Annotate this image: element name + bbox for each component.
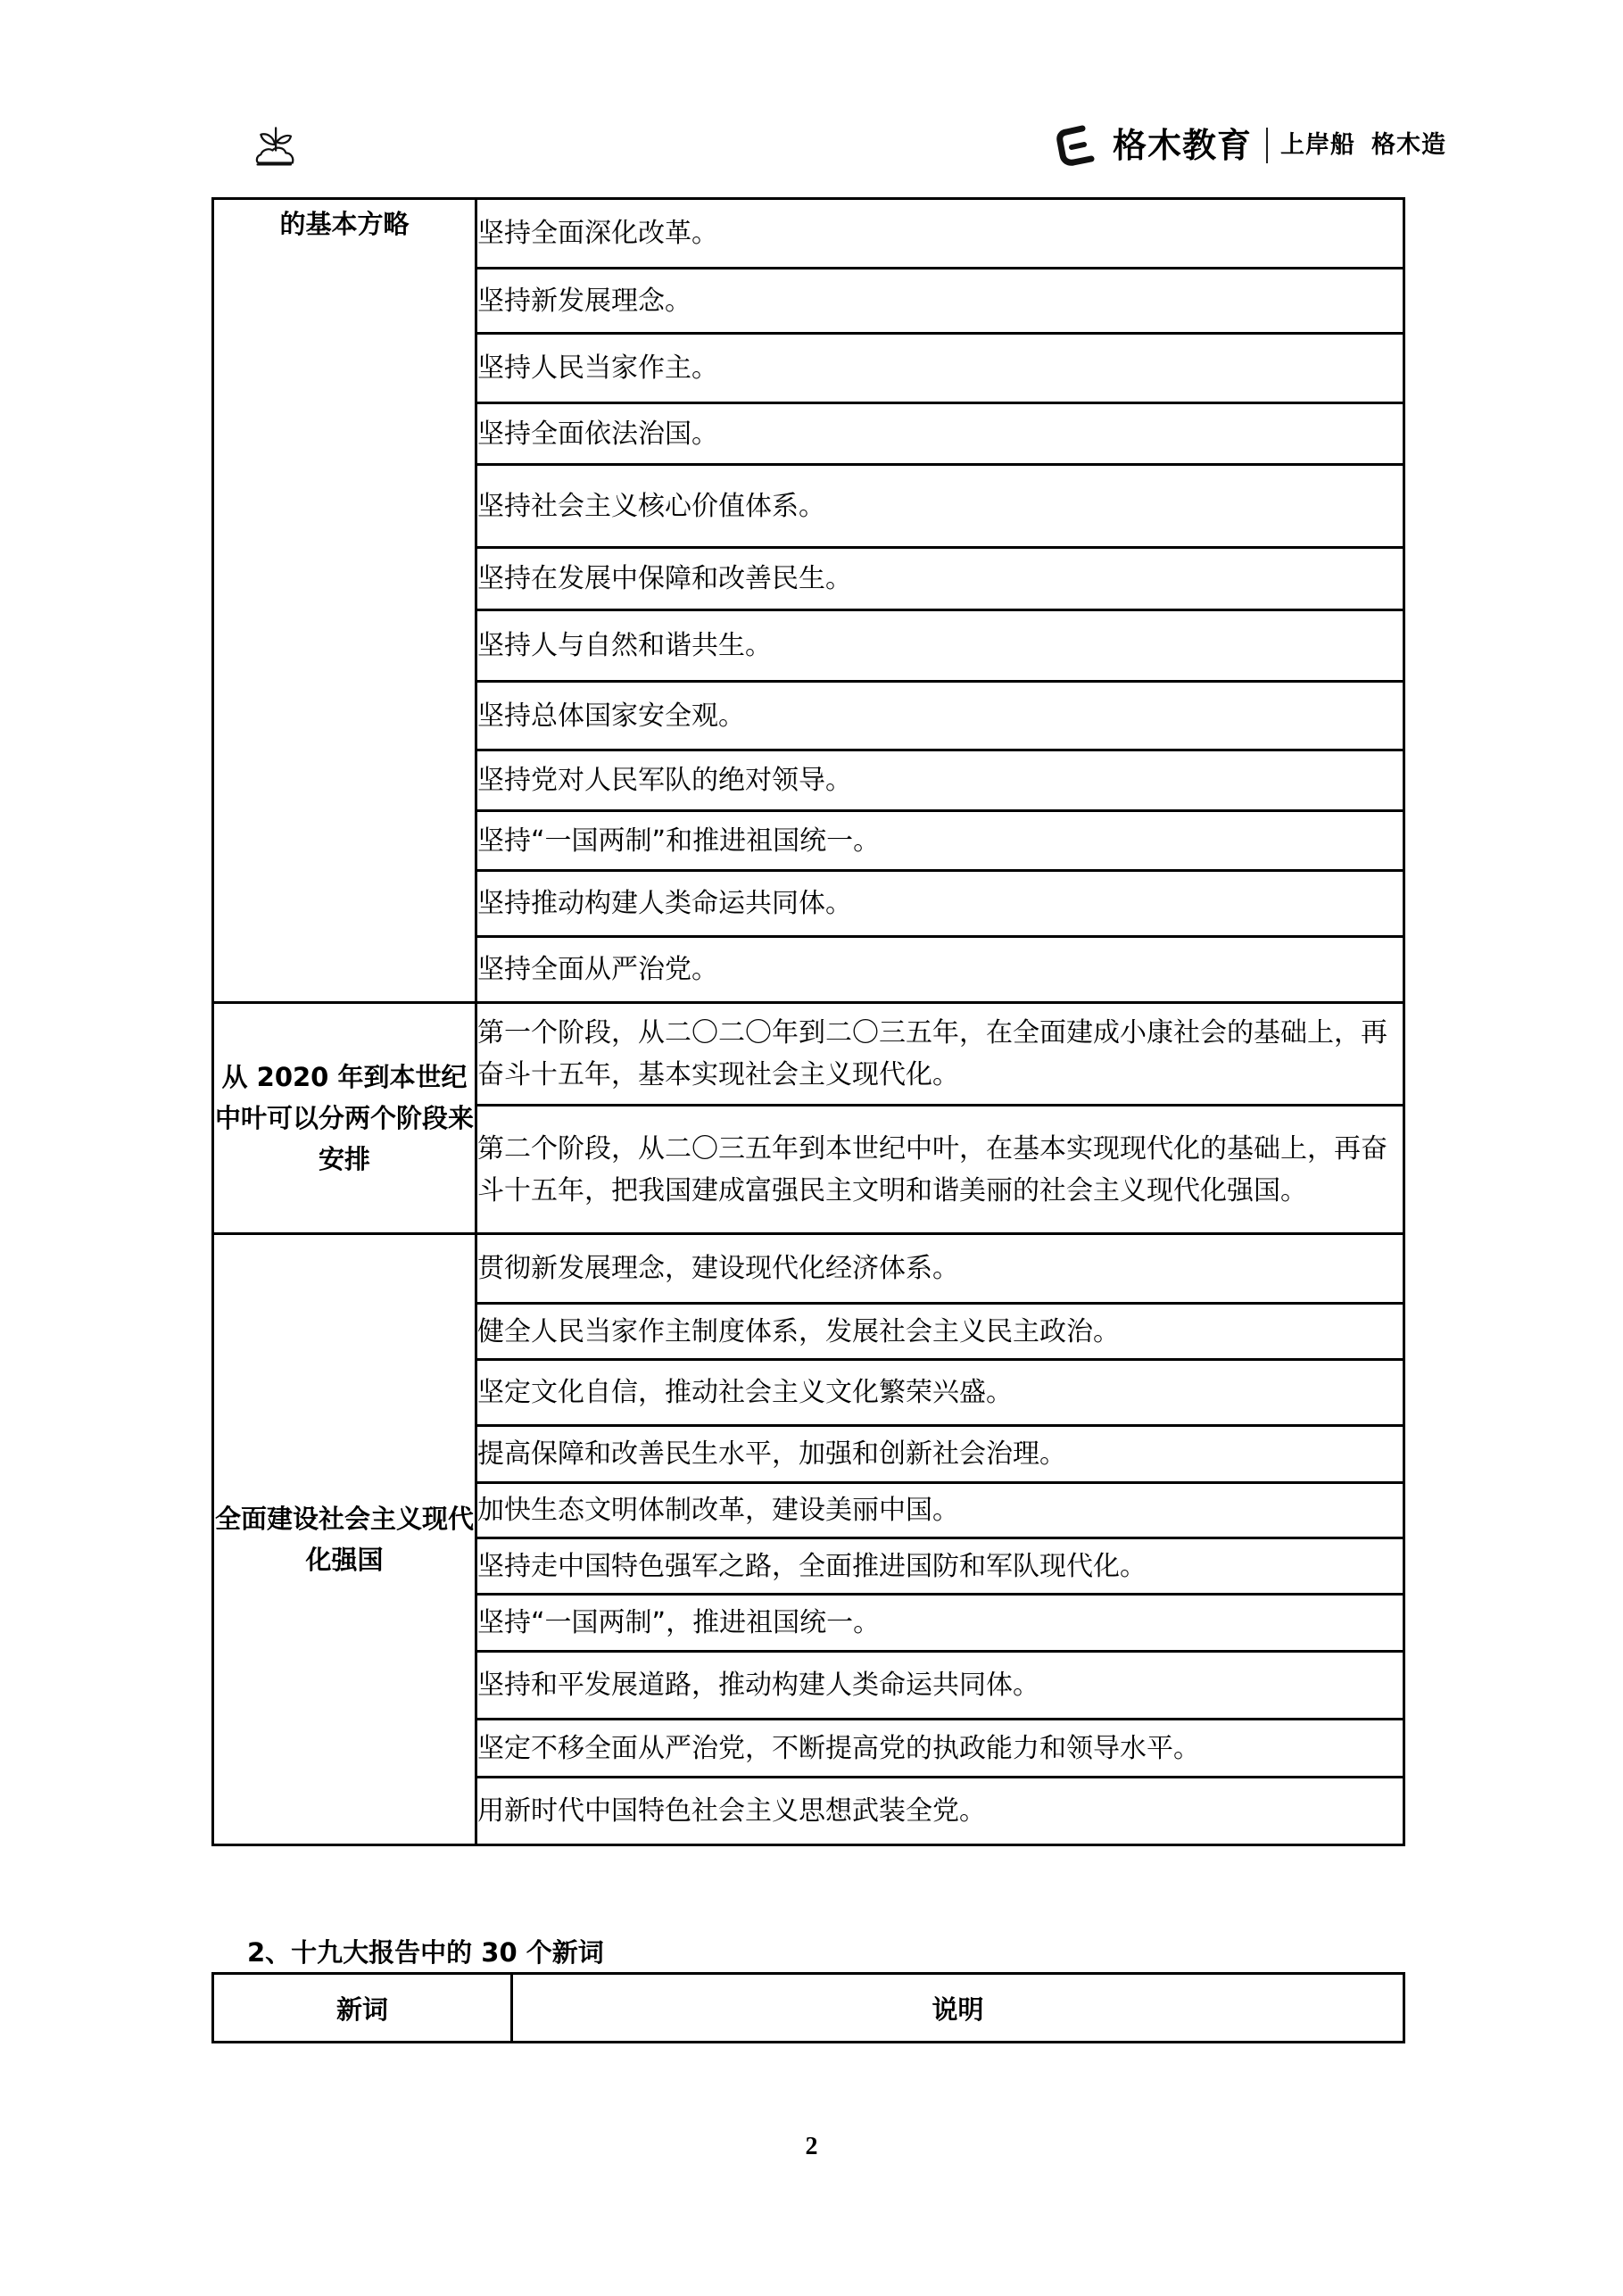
brand-slogan: 上岸船格木造 — [1280, 125, 1446, 166]
table-cell: 坚持“一国两制”，推进祖国统一。 — [476, 1595, 1404, 1652]
table-cell: 用新时代中国特色社会主义思想武装全党。 — [476, 1778, 1404, 1845]
table-cell: 坚持全面依法治国。 — [476, 403, 1404, 465]
table-cell: 第二个阶段，从二〇三五年到本世纪中叶，在基本实现现代化的基础上，再奋斗十五年，把… — [476, 1106, 1404, 1234]
group-label-two-stages: 从 2020 年到本世纪中叶可以分两个阶段来安排 — [213, 1003, 476, 1234]
brand-logo: 格木教育 上岸船格木造 — [1056, 123, 1446, 168]
table-cell: 坚持走中国特色强军之路，全面推进国防和军队现代化。 — [476, 1538, 1404, 1595]
table-cell: 坚持全面从严治党。 — [476, 937, 1404, 1003]
column-header-new-word: 新词 — [213, 1974, 512, 2043]
table-cell: 坚持社会主义核心价值体系。 — [476, 465, 1404, 548]
table-cell: 第一个阶段，从二〇二〇年到二〇三五年，在全面建成小康社会的基础上，再奋斗十五年，… — [476, 1003, 1404, 1106]
table-cell: 坚持全面深化改革。 — [476, 199, 1404, 269]
table-cell: 提高保障和改善民生水平，加强和创新社会治理。 — [476, 1426, 1404, 1483]
table-cell: 坚定文化自信，推动社会主义文化繁荣兴盛。 — [476, 1360, 1404, 1426]
slogan-part-1: 上岸船 — [1280, 131, 1355, 159]
table-cell: 健全人民当家作主制度体系，发展社会主义民主政治。 — [476, 1304, 1404, 1360]
table-cell: 坚持人与自然和谐共生。 — [476, 610, 1404, 682]
new-words-table: 新词 说明 — [211, 1972, 1405, 2043]
slogan-part-2: 格木造 — [1371, 131, 1446, 159]
brand-name: 格木教育 — [1113, 125, 1252, 166]
group-label-modern-socialist-country: 全面建设社会主义现代化强国 — [213, 1234, 476, 1845]
plant-sprout-icon — [253, 120, 302, 170]
gemu-logo-icon — [1056, 125, 1097, 166]
table-cell: 坚持党对人民军队的绝对领导。 — [476, 750, 1404, 811]
group-label-basic-strategy: 的基本方略 — [213, 199, 476, 1003]
table-cell: 坚持新发展理念。 — [476, 269, 1404, 334]
table-cell: 坚持和平发展道路，推动构建人类命运共同体。 — [476, 1652, 1404, 1720]
logo-divider — [1266, 128, 1268, 163]
section-heading: 2、十九大报告中的 30 个新词 — [247, 1933, 604, 1969]
table-cell: 坚持人民当家作主。 — [476, 334, 1404, 403]
table-row: 从 2020 年到本世纪中叶可以分两个阶段来安排 第一个阶段，从二〇二〇年到二〇… — [213, 1003, 1404, 1106]
column-header-explanation: 说明 — [512, 1974, 1404, 2043]
table-cell: 加快生态文明体制改革，建设美丽中国。 — [476, 1483, 1404, 1538]
strategy-table: 的基本方略 坚持全面深化改革。 坚持新发展理念。 坚持人民当家作主。 坚持全面依… — [211, 197, 1405, 1846]
table-cell: 坚持总体国家安全观。 — [476, 682, 1404, 750]
table-cell: 坚持推动构建人类命运共同体。 — [476, 871, 1404, 937]
table-cell: 贯彻新发展理念，建设现代化经济体系。 — [476, 1234, 1404, 1304]
table-cell: 坚定不移全面从严治党，不断提高党的执政能力和领导水平。 — [476, 1720, 1404, 1778]
table-header-row: 新词 说明 — [213, 1974, 1404, 2043]
table-cell: 坚持在发展中保障和改善民生。 — [476, 548, 1404, 610]
page-number: 2 — [0, 2133, 1623, 2161]
table-cell: 坚持“一国两制”和推进祖国统一。 — [476, 811, 1404, 871]
table-row: 的基本方略 坚持全面深化改革。 — [213, 199, 1404, 269]
table-row: 全面建设社会主义现代化强国 贯彻新发展理念，建设现代化经济体系。 — [213, 1234, 1404, 1304]
